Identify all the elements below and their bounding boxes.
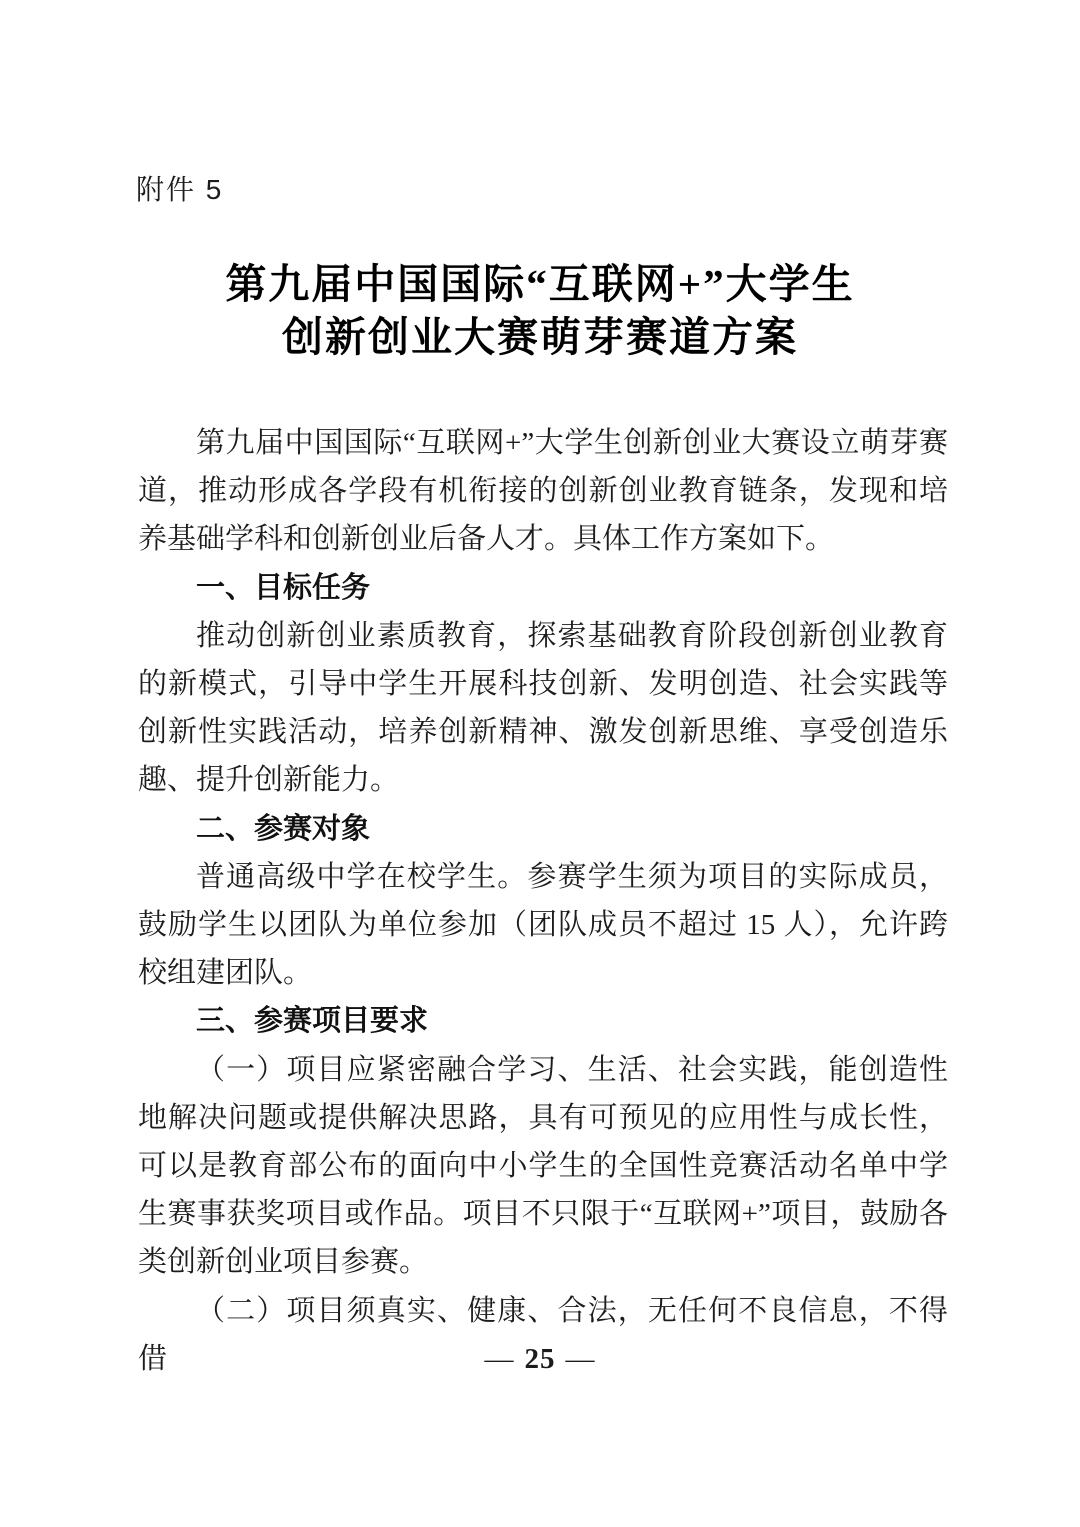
heading-section-3: 三、参赛项目要求: [138, 997, 948, 1045]
footer-left-dash: —: [485, 1343, 515, 1375]
document-page: 附件 5 第九届中国国际“互联网+”大学生 创新创业大赛萌芽赛道方案 第九届中国…: [0, 0, 1080, 1527]
paragraph-intro: 第九届中国国际“互联网+”大学生创新创业大赛设立萌芽赛道，推动形成各学段有机衔接…: [138, 419, 948, 564]
heading-section-2: 二、参赛对象: [138, 805, 948, 853]
document-title-line1: 第九届中国国际“互联网+”大学生: [0, 258, 1080, 311]
paragraph-section-2: 普通高级中学在校学生。参赛学生须为项目的实际成员，鼓励学生以团队为单位参加（团队…: [138, 853, 948, 998]
footer-right-dash: —: [566, 1343, 596, 1375]
heading-section-1: 一、目标任务: [138, 564, 948, 612]
document-title-line2: 创新创业大赛萌芽赛道方案: [0, 311, 1080, 364]
document-body: 第九届中国国际“互联网+”大学生创新创业大赛设立萌芽赛道，推动形成各学段有机衔接…: [138, 419, 948, 1383]
attachment-label: 附件 5: [136, 168, 223, 208]
page-number: 25: [515, 1343, 566, 1375]
paragraph-section-1: 推动创新创业素质教育，探索基础教育阶段创新创业教育的新模式，引导中学生开展科技创…: [138, 612, 948, 805]
paragraph-section-3-item-1: （一）项目应紧密融合学习、生活、社会实践，能创造性地解决问题或提供解决思路，具有…: [138, 1046, 948, 1287]
document-title: 第九届中国国际“互联网+”大学生 创新创业大赛萌芽赛道方案: [0, 258, 1080, 364]
page-footer: —25—: [0, 1342, 1080, 1376]
